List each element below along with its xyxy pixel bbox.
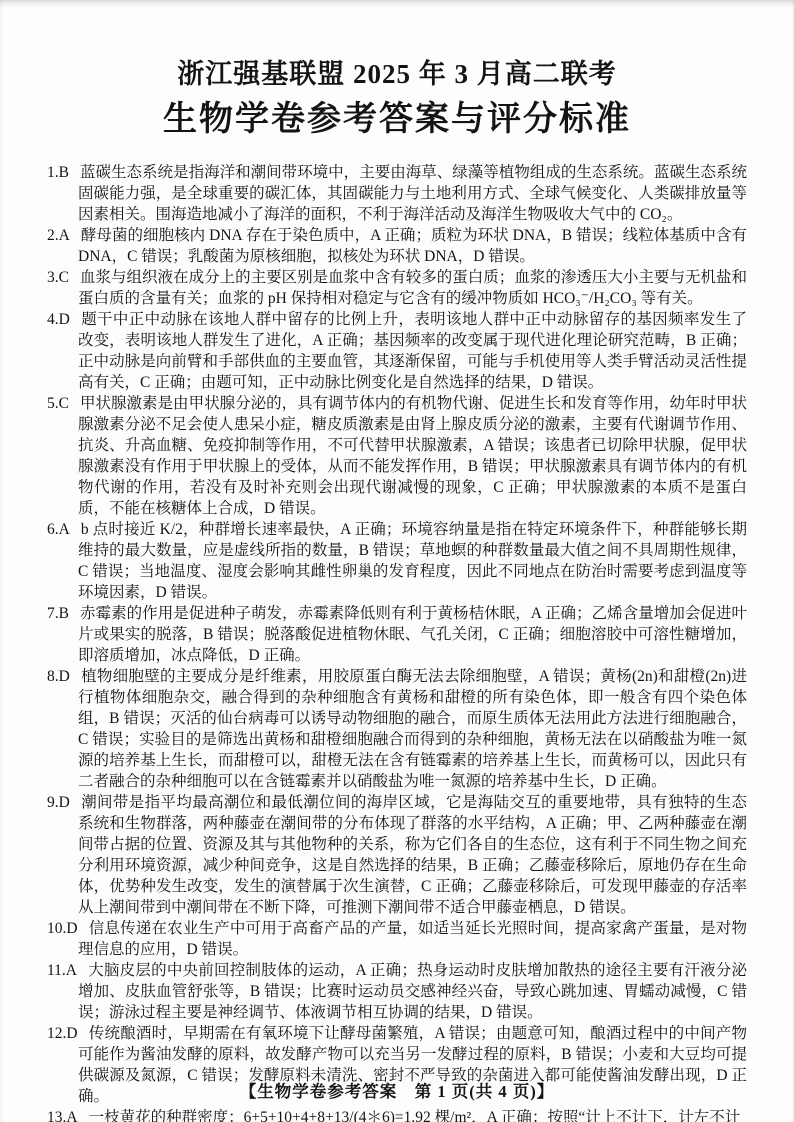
answer-text: 题干中正中动脉在该地人群中留存的比例上升，表明该地人群中正中动脉留存的基因频率发… — [78, 311, 747, 391]
exam-title: 浙江强基联盟 2025 年 3 月高二联考 — [0, 58, 794, 90]
page-footer: 【生物学卷参考答案 第 1 页(共 4 页)】 — [0, 1078, 794, 1102]
answer-text: 酵母菌的细胞核内 DNA 存在于染色质中，A 正确；质粒为环状 DNA，B 错误… — [78, 227, 747, 265]
answer-text: 一枝黄花的种群密度：6+5+10+4+8+13/(4＊6)=1.92 棵/m²，… — [89, 1109, 741, 1122]
answer-item: 3.C血浆与组织液在成分上的主要区别是血浆中含有较多的蛋白质；血浆的渗透压大小主… — [47, 267, 747, 309]
answer-text: 蓝碳生态系统是指海洋和潮间带环境中，主要由海草、绿藻等植物组成的生态系统。蓝碳生… — [78, 164, 747, 223]
answer-number: 5.C — [47, 395, 69, 412]
page-title: 生物学卷参考答案与评分标准 — [0, 100, 794, 141]
page-header: 浙江强基联盟 2025 年 3 月高二联考 生物学卷参考答案与评分标准 — [0, 0, 794, 141]
answer-text: 植物细胞壁的主要成分是纤维素，用胶原蛋白酶无法去除细胞壁，A 错误；黄杨(2n)… — [78, 668, 747, 790]
answer-text: 甲状腺激素是由甲状腺分泌的，具有调节体内的有机物代谢、促进生长和发育等作用，幼年… — [78, 395, 747, 517]
answer-item: 13.A一枝黄花的种群密度：6+5+10+4+8+13/(4＊6)=1.92 棵… — [47, 1107, 747, 1122]
answer-text: 血浆与组织液在成分上的主要区别是血浆中含有较多的蛋白质；血浆的渗透压大小主要与无… — [78, 269, 747, 307]
answer-text: 信息传递在农业生产中可用于高畜产品的产量，如适当延长光照时间，提高家禽产蛋量，是… — [78, 920, 747, 958]
answer-number: 11.A — [47, 962, 77, 979]
answer-text: b 点时接近 K/2，种群增长速率最快，A 正确；环境容纳量是指在特定环境条件下… — [78, 521, 747, 601]
answer-number: 6.A — [47, 521, 70, 538]
answer-text: 潮间带是指平均最高潮位和最低潮位间的海岸区域，它是海陆交互的重要地带，具有独特的… — [78, 794, 747, 916]
answer-item: 6.Ab 点时接近 K/2，种群增长速率最快，A 正确；环境容纳量是指在特定环境… — [47, 519, 747, 603]
answer-number: 3.C — [47, 269, 69, 286]
answer-item: 10.D信息传递在农业生产中可用于高畜产品的产量，如适当延长光照时间，提高家禽产… — [47, 918, 747, 960]
answer-number: 10.D — [47, 920, 78, 937]
answer-item: 9.D潮间带是指平均最高潮位和最低潮位间的海岸区域，它是海陆交互的重要地带，具有… — [47, 792, 747, 918]
answer-item: 4.D题干中正中动脉在该地人群中留存的比例上升，表明该地人群中正中动脉留存的基因… — [47, 309, 747, 393]
answer-item: 5.C甲状腺激素是由甲状腺分泌的，具有调节体内的有机物代谢、促进生长和发育等作用… — [47, 393, 747, 519]
answer-item: 1.B蓝碳生态系统是指海洋和潮间带环境中，主要由海草、绿藻等植物组成的生态系统。… — [47, 162, 747, 225]
answer-number: 12.D — [47, 1025, 78, 1042]
answer-number: 1.B — [47, 164, 69, 181]
answer-number: 9.D — [47, 794, 70, 811]
answer-item: 11.A大脑皮层的中央前回控制肢体的运动，A 正确；热身运动时皮肤增加散热的途径… — [47, 960, 747, 1023]
answer-text: 赤霉素的作用是促进种子萌发，赤霉素降低则有利于黄杨桔休眠，A 正确；乙烯含量增加… — [78, 605, 747, 664]
answer-number: 2.A — [47, 227, 70, 244]
answer-item: 2.A酵母菌的细胞核内 DNA 存在于染色质中，A 正确；质粒为环状 DNA，B… — [47, 225, 747, 267]
answers-list: 1.B蓝碳生态系统是指海洋和潮间带环境中，主要由海草、绿藻等植物组成的生态系统。… — [47, 162, 747, 1122]
answer-number: 8.D — [47, 668, 70, 685]
answer-item: 8.D植物细胞壁的主要成分是纤维素，用胶原蛋白酶无法去除细胞壁，A 错误；黄杨(… — [47, 666, 747, 792]
answer-number: 7.B — [47, 605, 69, 622]
answer-number: 13.A — [47, 1109, 78, 1122]
exam-answer-page: 浙江强基联盟 2025 年 3 月高二联考 生物学卷参考答案与评分标准 1.B蓝… — [0, 0, 794, 1122]
answer-number: 4.D — [47, 311, 70, 328]
answer-item: 7.B赤霉素的作用是促进种子萌发，赤霉素降低则有利于黄杨桔休眠，A 正确；乙烯含… — [47, 603, 747, 666]
answer-text: 大脑皮层的中央前回控制肢体的运动，A 正确；热身运动时皮肤增加散热的途径主要有汗… — [78, 962, 747, 1021]
